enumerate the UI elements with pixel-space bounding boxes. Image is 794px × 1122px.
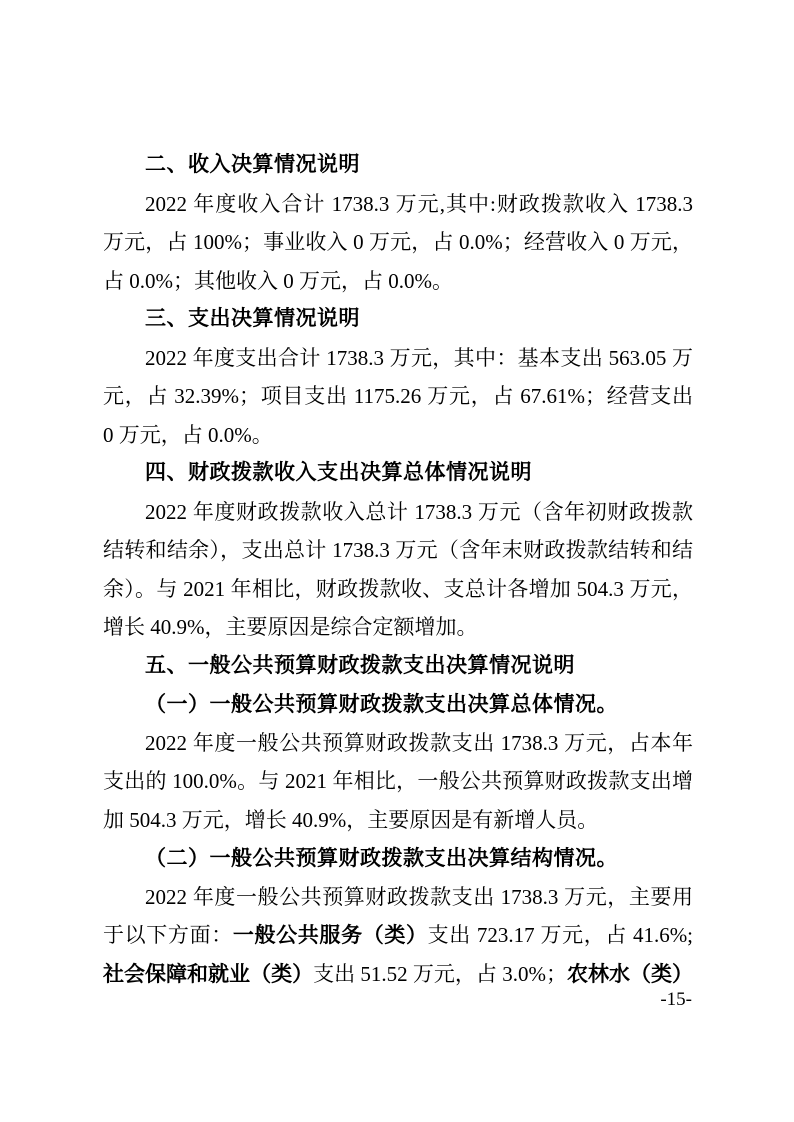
- document-page: 二、收入决算情况说明 2022 年度收入合计 1738.3 万元,其中:财政拨款…: [0, 0, 794, 1122]
- paragraph-general-public-budget-overall: 2022 年度一般公共预算财政拨款支出 1738.3 万元，占本年支出的 100…: [103, 724, 693, 840]
- section-heading-general-public-budget: 五、一般公共预算财政拨款支出决算情况说明: [103, 647, 693, 686]
- category-general-public-services: 一般公共服务（类）: [233, 923, 428, 947]
- subheading-general-public-budget-structure: （二）一般公共预算财政拨款支出决算结构情况。: [103, 839, 693, 878]
- structure-text-gps-amount: 支出 723.17 万元，占 41.6%;: [428, 923, 693, 947]
- section-heading-fiscal-appropriation-overview: 四、财政拨款收入支出决算总体情况说明: [103, 454, 693, 493]
- category-agriculture-forestry-water: 农林水（类）: [567, 962, 693, 986]
- page-number: -15-: [660, 988, 692, 1012]
- paragraph-income-details: 2022 年度收入合计 1738.3 万元,其中:财政拨款收入 1738.3 万…: [103, 185, 693, 301]
- paragraph-fiscal-appropriation-details: 2022 年度财政拨款收入总计 1738.3 万元（含年初财政拨款结转和结余），…: [103, 493, 693, 647]
- section-heading-income: 二、收入决算情况说明: [103, 146, 693, 185]
- subheading-general-public-budget-overall: （一）一般公共预算财政拨款支出决算总体情况。: [103, 685, 693, 724]
- section-heading-expenditure: 三、支出决算情况说明: [103, 300, 693, 339]
- paragraph-general-public-budget-structure: 2022 年度一般公共预算财政拨款支出 1738.3 万元，主要用于以下方面：一…: [103, 878, 693, 994]
- document-content: 二、收入决算情况说明 2022 年度收入合计 1738.3 万元,其中:财政拨款…: [103, 146, 693, 993]
- paragraph-expenditure-details: 2022 年度支出合计 1738.3 万元，其中：基本支出 563.05 万元，…: [103, 339, 693, 455]
- structure-text-sse-amount: 支出 51.52 万元，占 3.0%；: [313, 962, 567, 986]
- category-social-security-employment: 社会保障和就业（类）: [103, 962, 313, 986]
